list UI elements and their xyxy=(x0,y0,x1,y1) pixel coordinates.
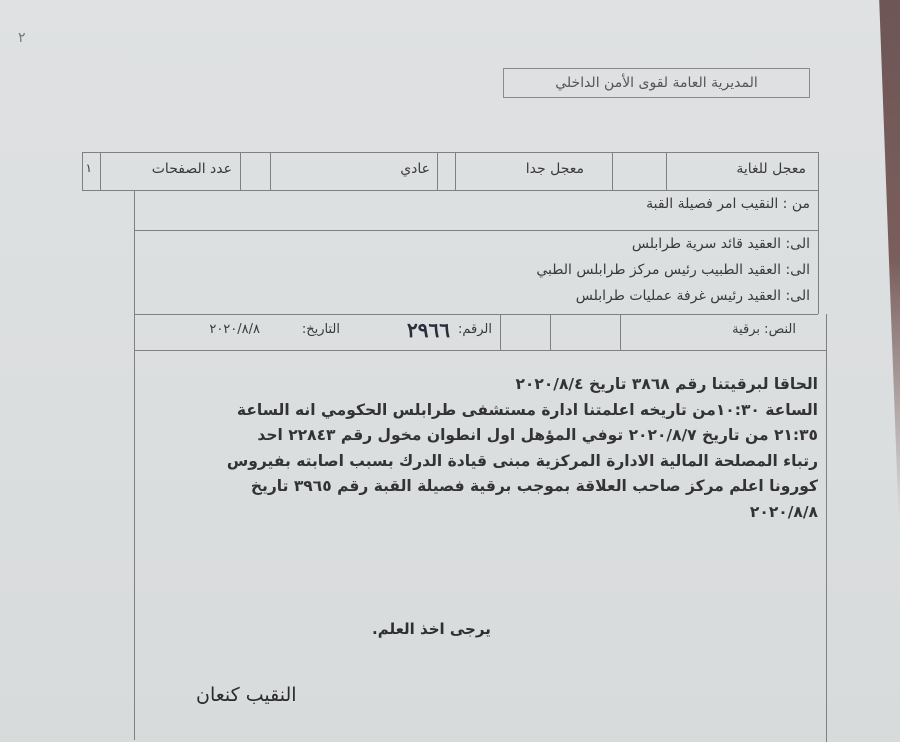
body-line: ٢١:٣٥ من تاريخ ٢٠٢٠/٨/٧ توفي المؤهل اول … xyxy=(128,423,818,449)
body-line: الحاقا لبرقيتنا رقم ٣٨٦٨ تاريخ ٢٠٢٠/٨/٤ xyxy=(128,372,818,398)
from-line: من : النقيب امر فصيلة القبة xyxy=(646,196,810,212)
priority-normal: عادي xyxy=(400,161,430,177)
number-label: الرقم: xyxy=(458,322,492,337)
date-value: ٢٠٢٠/٨/٨ xyxy=(209,322,260,337)
to-line-2: الى: العقيد الطبيب رئيس مركز طرابلس الطب… xyxy=(536,262,810,278)
number-value: ٢٩٦٦ xyxy=(407,318,450,342)
closing-line: يرجى اخذ العلم. xyxy=(372,620,491,638)
message-body: الحاقا لبرقيتنا رقم ٣٨٦٨ تاريخ ٢٠٢٠/٨/٤ … xyxy=(128,372,818,525)
background-edge xyxy=(874,0,900,520)
to-line-1: الى: العقيد قائد سرية طرابلس xyxy=(632,236,810,252)
body-line: ٢٠٢٠/٨/٨ xyxy=(128,500,818,526)
priority-very-urgent: معجل للغاية xyxy=(736,161,806,177)
body-line: كورونا اعلم مركز صاحب العلاقة بموجب برقي… xyxy=(128,474,818,500)
document-page: ٢ المديرية العامة لقوى الأمن الداخلي معج… xyxy=(0,0,900,742)
pages-label: عدد الصفحات xyxy=(152,161,232,177)
document-header: المديرية العامة لقوى الأمن الداخلي xyxy=(503,68,810,98)
body-line: الساعة ١٠:٣٠من تاريخه اعلمتنا ادارة مستش… xyxy=(128,398,818,424)
message-type: النص: برقية xyxy=(732,322,796,337)
date-label: التاريخ: xyxy=(302,322,340,337)
pages-value: ١ xyxy=(86,161,92,175)
corner-mark: ٢ xyxy=(18,30,26,46)
priority-urgent: معجل جدا xyxy=(526,161,584,177)
signature: النقيب كنعان xyxy=(196,684,297,706)
body-line: رتباء المصلحة المالية الادارة المركزية م… xyxy=(128,449,818,475)
to-line-3: الى: العقيد رئيس غرفة عمليات طرابلس xyxy=(576,288,810,304)
